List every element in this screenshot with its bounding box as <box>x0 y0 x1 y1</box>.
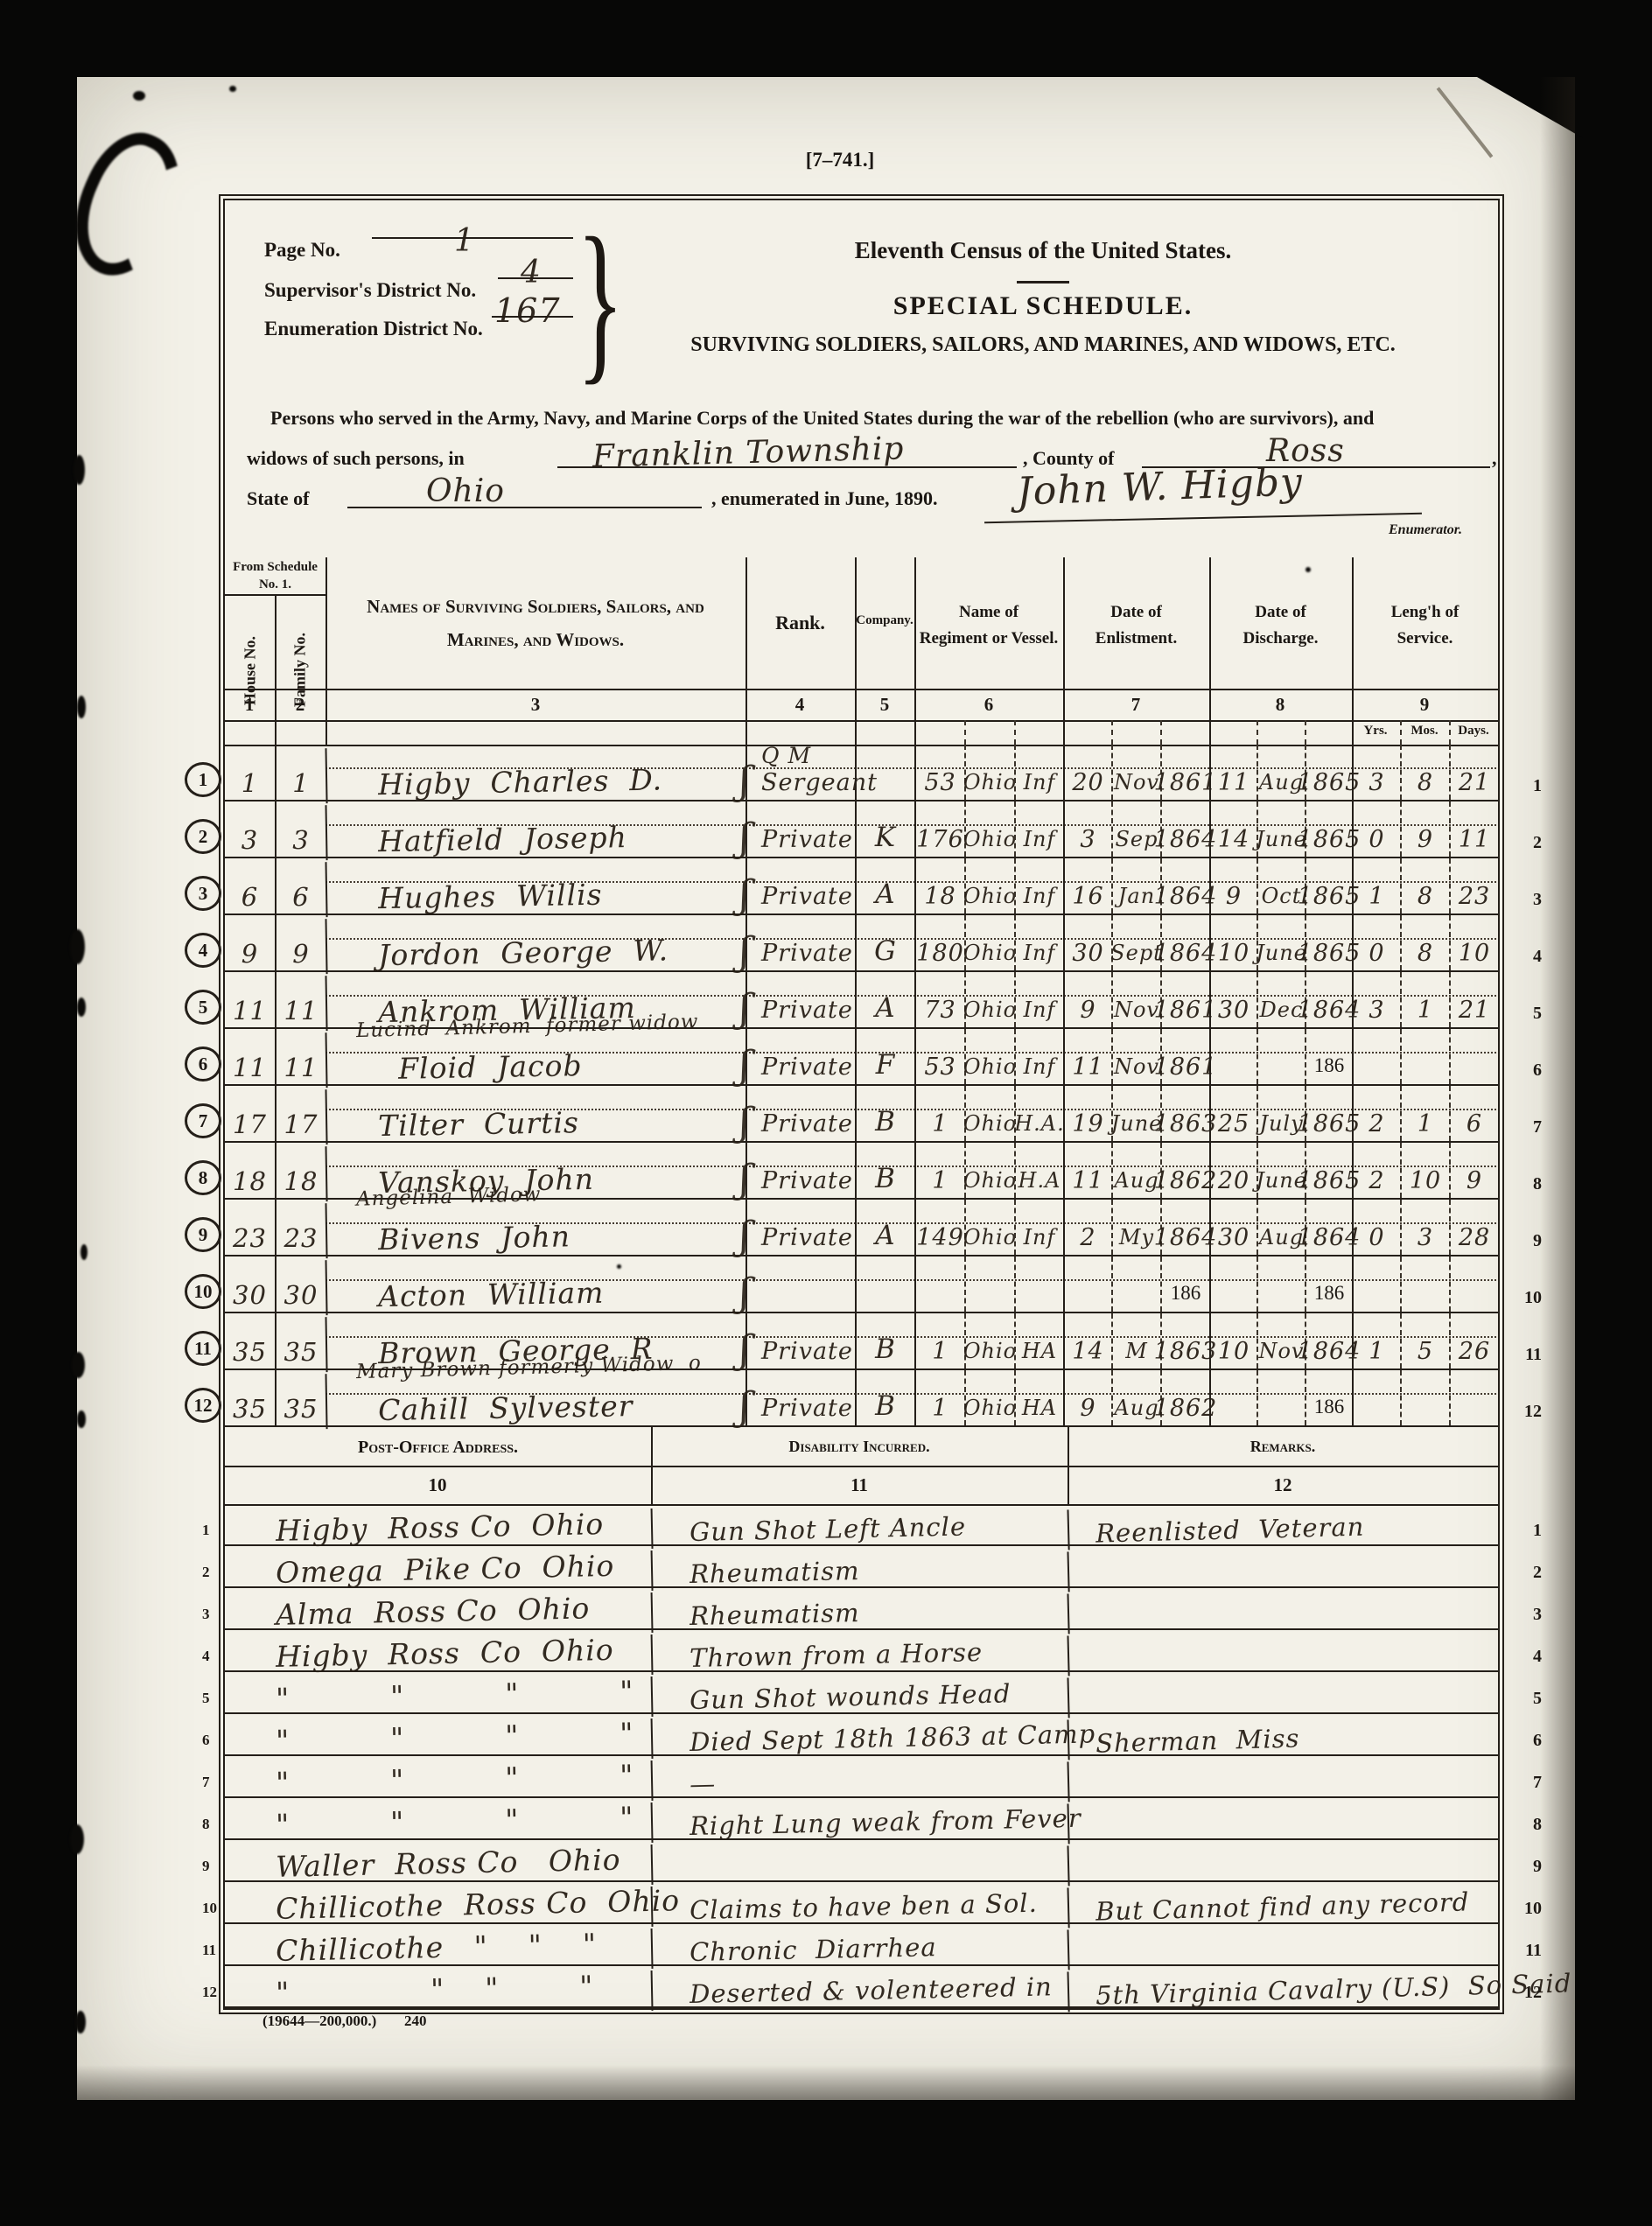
value-reg_no: 1 <box>932 1338 948 1365</box>
value-enl_year: 1863 <box>1154 1110 1218 1137</box>
state-line <box>347 507 702 508</box>
cell-enl_day: 3 <box>1063 801 1111 857</box>
address-row: " " " "Died Sept 18th 1863 at CampSherma… <box>225 1714 1498 1756</box>
cell-days: 9 <box>1449 1143 1498 1198</box>
cell-reg_type: H.A <box>1014 1143 1063 1198</box>
edge-mark <box>70 929 85 964</box>
value-rank: Private <box>761 1224 853 1251</box>
value-reg_type: Inf <box>1024 827 1056 851</box>
value-yrs: 0 <box>1368 826 1384 853</box>
row-number-circled: 3 <box>185 876 221 911</box>
value-mos: 8 <box>1417 940 1433 967</box>
cell-rank: Private <box>745 1086 855 1141</box>
cell-enl_month: Aug <box>1111 1143 1160 1198</box>
cell-house: 30 <box>225 1256 275 1312</box>
cell-reg_type: Inf <box>1014 801 1063 857</box>
value-house: 35 <box>233 1394 267 1424</box>
cell-reg_type: Inf <box>1014 1029 1063 1084</box>
numbers-rule <box>225 720 1498 722</box>
value-reg_state: Ohio <box>963 1225 1017 1249</box>
supervisor-label: Supervisor's District No. <box>264 279 476 302</box>
value-enl_month: Aug <box>1114 1168 1158 1193</box>
enumeration-label: Enumeration District No. <box>264 318 483 340</box>
cell-enl_year: 1861 <box>1160 745 1209 800</box>
row-number-margin: 11 <box>1525 1345 1542 1365</box>
col-discharge-label: Date of Discharge. <box>1209 599 1352 653</box>
col-names-label: Names of Surviving Soldiers, Sailors, an… <box>325 591 745 657</box>
value-mos: 5 <box>1417 1338 1433 1365</box>
cell-dis_year: 1865 <box>1305 801 1352 857</box>
cell-dis: Gun Shot Left Ancle <box>651 1500 1068 1549</box>
value-mos: 3 <box>1417 1224 1433 1251</box>
cell-dis: — <box>651 1752 1068 1801</box>
edge-mark <box>73 455 85 485</box>
cell-enl_day: 9 <box>1063 1370 1111 1425</box>
col-discharge-line2: Discharge. <box>1209 626 1352 652</box>
value-po: Alma Ross Co Ohio <box>276 1591 591 1632</box>
value-reg_type: Inf <box>1024 941 1056 965</box>
value-house: 35 <box>233 1337 267 1367</box>
value-enl_day: 16 <box>1072 883 1103 910</box>
soldier-row: 33Hatfield JosephPrivateK176OhioInf3Sep1… <box>225 801 1498 858</box>
cell-yrs: 1 <box>1352 1313 1400 1368</box>
col-dis-label: Disability Incurred. <box>651 1438 1067 1456</box>
cell-enl_year: 1864 <box>1160 858 1209 913</box>
value-dis: Rheumatism <box>689 1598 860 1631</box>
cell-reg_no <box>914 1256 964 1312</box>
value-enl_month: Nov <box>1114 1054 1159 1079</box>
cell-reg_state: Ohio <box>964 801 1014 857</box>
cell-rank: Private <box>745 915 855 970</box>
value-enl_year: 1864 <box>1154 940 1218 967</box>
row-number-left: 1 <box>202 1522 210 1539</box>
value-company: B <box>875 1163 896 1194</box>
col-enlistment-line1: Date of <box>1063 599 1209 626</box>
cell-company: F <box>855 1029 914 1084</box>
header-vline <box>855 557 857 745</box>
cell-enl_year: 1864 <box>1160 1200 1209 1255</box>
cell-dis_year: 1865 <box>1305 915 1352 970</box>
soldier-row: 2323Bivens JohnPrivateA149OhioInf2My1864… <box>225 1200 1498 1256</box>
pen-flourish: ʃ <box>739 1214 750 1258</box>
value-days: 26 <box>1459 1338 1490 1365</box>
row-number-circled: 8 <box>185 1160 221 1195</box>
cell-reg_state: Ohio <box>964 915 1014 970</box>
value-dis_day: 25 <box>1218 1110 1249 1137</box>
soldier-row: 1111 Floid JacobPrivateF53OhioInf11Nov18… <box>225 1029 1498 1086</box>
cell-reg_state: Ohio <box>964 745 1014 800</box>
cell-mos: 3 <box>1400 1200 1449 1255</box>
value-reg_no: 1 <box>932 1395 948 1422</box>
row-number-margin: 9 <box>1533 1231 1542 1251</box>
cell-reg_state: Ohio <box>964 858 1014 913</box>
cell-enl_day: 16 <box>1063 858 1111 913</box>
col-number-12: 12 <box>1274 1474 1292 1496</box>
cell-yrs: 2 <box>1352 1143 1400 1198</box>
col-company-label: Company. <box>855 613 914 628</box>
cell-family: 23 <box>275 1200 325 1255</box>
address-row: " " " "Deserted & volenteered in5th Virg… <box>225 1966 1498 2008</box>
cell-yrs: 3 <box>1352 745 1400 800</box>
cell-dis_day: 30 <box>1209 972 1256 1027</box>
row-number-circled: 1 <box>185 762 221 797</box>
row-number-margin: 5 <box>1533 1689 1542 1709</box>
brace: } <box>577 211 624 390</box>
col-names-line1: Names of Surviving Soldiers, Sailors, an… <box>325 591 745 624</box>
row-number-left: 7 <box>202 1774 210 1791</box>
cell-family: 35 <box>275 1370 325 1425</box>
cell-days: 28 <box>1449 1200 1498 1255</box>
edge-mark <box>77 1410 86 1428</box>
cell-dis: Rheumatism <box>651 1542 1068 1591</box>
header-vdash <box>1305 720 1306 745</box>
col-number-1: 1 <box>245 694 255 716</box>
bottom-table-rows: Higby Ross Co OhioGun Shot Left AncleRee… <box>225 1504 1498 2008</box>
value-po: Higby Ross Co Ohio <box>276 1633 614 1674</box>
cell-family: 11 <box>275 1029 325 1084</box>
cell-dis_day: 14 <box>1209 801 1256 857</box>
cell-days: 26 <box>1449 1313 1498 1368</box>
value-days: 10 <box>1459 940 1490 967</box>
cell-mos: 1 <box>1400 1086 1449 1141</box>
cell-family: 1 <box>275 745 325 800</box>
cell-family: 18 <box>275 1143 325 1198</box>
value-name: Higby Charles D. <box>378 762 663 801</box>
value-enl_day: 30 <box>1072 940 1103 967</box>
cell-family: 17 <box>275 1086 325 1141</box>
cell-po: " " " " <box>225 1752 652 1801</box>
rank-top-note: Q M <box>761 743 811 768</box>
enumerated-label: , enumerated in June, 1890. <box>711 487 938 510</box>
cell-house: 35 <box>225 1313 275 1368</box>
col-regiment-label: Name of Regiment or Vessel. <box>914 599 1063 653</box>
cell-dis: Chronic Diarrhea <box>651 1920 1068 1969</box>
value-name: Acton William <box>378 1276 605 1314</box>
value-reg_no: 1 <box>932 1110 948 1137</box>
value-reg_type: Inf <box>1024 1054 1056 1079</box>
row-number-left: 10 <box>202 1900 217 1917</box>
cell-reg_type: HA <box>1014 1370 1063 1425</box>
col-number-2: 2 <box>296 694 305 716</box>
value-family: 6 <box>292 882 309 912</box>
col-service-line2: Service. <box>1352 626 1498 652</box>
pen-flourish: ʃ <box>739 872 750 917</box>
header-vline <box>1352 557 1354 745</box>
value-reg_type: Inf <box>1024 1225 1056 1249</box>
header-vdash <box>1111 720 1113 745</box>
value-company: B <box>875 1333 896 1365</box>
row-number-margin: 5 <box>1533 1004 1542 1024</box>
cell-reg_state: Ohio <box>964 1200 1014 1255</box>
col-service-label: Leng'h of Service. <box>1352 599 1498 653</box>
cell-dis_year: 1865 <box>1305 858 1352 913</box>
row-number-circled: 4 <box>185 933 221 968</box>
header-vline <box>745 557 747 745</box>
row-number-margin: 1 <box>1533 1521 1542 1541</box>
cell-dis <box>651 1836 1068 1885</box>
header-vdash <box>1014 720 1016 745</box>
cell-po: " " " " <box>225 1668 652 1717</box>
value-enl_year: 1862 <box>1154 1395 1218 1422</box>
value-dis: — <box>689 1768 717 1799</box>
cell-dis_month <box>1256 1256 1305 1312</box>
cell-reg_no: 176 <box>914 801 964 857</box>
cell-dis: Claims to have ben a Sol. <box>651 1878 1068 1927</box>
value-enl_year: 1863 <box>1154 1338 1218 1365</box>
row-number-margin: 8 <box>1533 1815 1542 1835</box>
cell-days: 21 <box>1449 972 1498 1027</box>
value-rank: Private <box>761 826 853 853</box>
row-number-margin: 11 <box>1525 1941 1542 1961</box>
value-yrs: 1 <box>1368 883 1384 910</box>
value-reg_type: HA <box>1022 1396 1057 1420</box>
value-rank: Private <box>761 1053 853 1081</box>
value-po: " " " " <box>276 1674 634 1716</box>
cell-mos: 1 <box>1400 972 1449 1027</box>
col-po-label: Post-Office Address. <box>225 1438 651 1458</box>
row-number-margin: 3 <box>1533 890 1542 910</box>
value-family: 35 <box>284 1394 318 1424</box>
value-family: 9 <box>292 939 309 969</box>
value-enl_month: Nov <box>1114 770 1159 794</box>
census-title: Eleventh Census of the United States. <box>737 237 1349 264</box>
value-enl_day: 3 <box>1080 826 1095 853</box>
value-dis_day: 20 <box>1218 1167 1249 1194</box>
title-divider <box>1017 281 1069 283</box>
cell-yrs: 0 <box>1352 915 1400 970</box>
value-enl_month: Sep <box>1115 827 1158 851</box>
cell-yrs: 0 <box>1352 801 1400 857</box>
cell-dis_day <box>1209 1370 1256 1425</box>
cell-days: 23 <box>1449 858 1498 913</box>
value-family: 35 <box>284 1337 318 1367</box>
col-regiment-line1: Name of <box>914 599 1063 626</box>
cell-company: A <box>855 1200 914 1255</box>
value-days: 11 <box>1459 826 1490 853</box>
row-number-circled: 5 <box>185 990 221 1025</box>
bottom-header-rule <box>225 1466 1498 1467</box>
cell-dis_year: 1864 <box>1305 1313 1352 1368</box>
address-row: Chillicothe Ross Co OhioClaims to have b… <box>225 1882 1498 1924</box>
cell-mos: 5 <box>1400 1313 1449 1368</box>
cell-mos: 8 <box>1400 745 1449 800</box>
value-enl_year: 1862 <box>1154 1167 1218 1194</box>
supervisor-value: 4 <box>521 255 542 290</box>
township-value: Franklin Township <box>592 430 905 474</box>
cell-reg_type: Inf <box>1014 1200 1063 1255</box>
value-mos: 8 <box>1417 883 1433 910</box>
value-reg_state: Ohio <box>963 997 1017 1022</box>
value-company: K <box>875 822 896 853</box>
row-number-margin: 7 <box>1533 1773 1542 1793</box>
value-reg_type: Inf <box>1024 997 1056 1022</box>
intro-line1: Persons who served in the Army, Navy, an… <box>270 407 1491 430</box>
cell-dis_day: 9 <box>1209 858 1256 913</box>
cell-reg_state <box>964 1256 1014 1312</box>
cell-company: K <box>855 801 914 857</box>
value-po: " " " " <box>276 1758 634 1800</box>
schedule-subtitle: SURVIVING SOLDIERS, SAILORS, AND MARINES… <box>671 333 1415 357</box>
state-value: Ohio <box>426 473 505 509</box>
cell-dis: Rheumatism <box>651 1584 1068 1633</box>
cell-company: A <box>855 858 914 913</box>
col-enlistment-label: Date of Enlistment. <box>1063 599 1209 653</box>
row-number-circled: 2 <box>185 819 221 854</box>
edge-mark <box>75 2011 86 2033</box>
value-reg_state: Ohio <box>963 1168 1017 1193</box>
row-number-margin: 10 <box>1524 1288 1542 1308</box>
row-number-margin: 2 <box>1533 833 1542 853</box>
cell-reg_type: Inf <box>1014 915 1063 970</box>
cell-dis: Right Lung weak from Fever <box>651 1794 1068 1843</box>
cell-company: G <box>855 915 914 970</box>
row-number-margin: 2 <box>1533 1563 1542 1583</box>
header-vline <box>914 557 916 745</box>
value-po: Higby Ross Co Ohio <box>276 1507 605 1548</box>
cell-enl_day: 9 <box>1063 972 1111 1027</box>
row-number-margin: 12 <box>1524 1983 1542 2003</box>
enumerator-label: Enumerator. <box>1389 522 1462 538</box>
cell-reg_type <box>1014 1256 1063 1312</box>
value-family: 3 <box>292 825 309 855</box>
value-rank: Private <box>761 1338 853 1365</box>
cell-reg_no: 73 <box>914 972 964 1027</box>
value-name: Tilter Curtis <box>378 1105 579 1143</box>
soldier-row: 3030Acton William186186ʃ1010 <box>225 1256 1498 1313</box>
row-number-circled: 6 <box>185 1046 221 1081</box>
cell-name: Higby Charles D. <box>325 741 745 803</box>
value-reg_state: Ohio <box>963 1054 1017 1079</box>
cell-dis: Gun Shot wounds Head <box>651 1668 1068 1717</box>
address-row: Chillicothe " " "Chronic Diarrhea1111 <box>225 1924 1498 1966</box>
header-vdash <box>964 720 966 745</box>
value-family: 1 <box>292 768 309 798</box>
value-name: Hughes Willis <box>378 878 603 915</box>
value-dis_day: 10 <box>1218 940 1249 967</box>
cell-days: 6 <box>1449 1086 1498 1141</box>
ink-speck <box>229 86 236 92</box>
value-enl_month: Nov <box>1114 997 1159 1022</box>
value-enl_day: 19 <box>1072 1110 1103 1137</box>
cell-enl_day: 11 <box>1063 1143 1111 1198</box>
row-number-left: 11 <box>202 1942 216 1959</box>
value-days: 9 <box>1466 1167 1482 1194</box>
col-number-6: 6 <box>984 694 994 716</box>
row-number-margin: 7 <box>1533 1117 1542 1137</box>
cell-dis_day <box>1209 1256 1256 1312</box>
cell-enl_year: 1862 <box>1160 1370 1209 1425</box>
value-po: " " " " <box>276 1969 594 2010</box>
edge-mark <box>72 1352 85 1378</box>
cell-reg_state: Ohio <box>964 1029 1014 1084</box>
value-enl_year: 1861 <box>1154 769 1218 796</box>
value-enl_day: 9 <box>1080 997 1095 1024</box>
value-po: " " " " <box>276 1716 634 1758</box>
value-company: B <box>875 1390 896 1422</box>
edge-shadow-right <box>1540 77 1575 2100</box>
cell-family: 6 <box>275 858 325 913</box>
cell-house: 17 <box>225 1086 275 1141</box>
value-enl_year: 1864 <box>1154 883 1218 910</box>
value-yrs: 2 <box>1368 1110 1384 1137</box>
cell-reg_no: 1 <box>914 1370 964 1425</box>
value-family: 18 <box>284 1166 318 1196</box>
main-table-rows: 11Higby Charles D.Sergeant53OhioInf20Nov… <box>225 745 1498 1427</box>
cell-company <box>855 1256 914 1312</box>
value-family: 17 <box>284 1109 318 1139</box>
edge-mark <box>70 1824 84 1854</box>
service-sub-days: Days. <box>1458 724 1488 738</box>
col-rem-label: Remarks. <box>1067 1438 1498 1456</box>
row-number-circled: 11 <box>185 1331 221 1366</box>
cell-dis_day: 11 <box>1209 745 1256 800</box>
cell-po: " " " " <box>225 1710 652 1759</box>
header-vdash <box>1256 720 1258 745</box>
cell-po: Alma Ross Co Ohio <box>225 1584 652 1633</box>
col-number-11: 11 <box>850 1474 868 1496</box>
value-dis: Deserted & volenteered in <box>689 1971 1053 2009</box>
cell-enl_year: 1862 <box>1160 1143 1209 1198</box>
col-service-line1: Leng'h of <box>1352 599 1498 626</box>
cell-name: Tilter Curtis <box>325 1082 745 1144</box>
address-row: " " " "Gun Shot wounds Head55 <box>225 1672 1498 1714</box>
cell-enl_month: Jan <box>1111 858 1160 913</box>
col-regiment-line2: Regiment or Vessel. <box>914 626 1063 652</box>
value-reg_type: H.A <box>1018 1168 1061 1193</box>
row-number-left: 3 <box>202 1606 210 1623</box>
cell-company: B <box>855 1313 914 1368</box>
cell-days <box>1449 1256 1498 1312</box>
value-dis_year: 186 <box>1314 1054 1345 1077</box>
cell-house: 11 <box>225 972 275 1027</box>
cell-house: 9 <box>225 915 275 970</box>
cell-enl_year: 1861 <box>1160 972 1209 1027</box>
cell-enl_month: June <box>1111 1086 1160 1141</box>
cell-dis_month <box>1256 1029 1305 1084</box>
cell-po: Omega Pike Co Ohio <box>225 1542 652 1591</box>
value-company: B <box>875 1106 896 1137</box>
ink-speck <box>133 91 145 101</box>
value-enl_day: 11 <box>1072 1167 1103 1194</box>
cell-mos <box>1400 1370 1449 1425</box>
cell-dis_day: 30 <box>1209 1200 1256 1255</box>
value-house: 3 <box>241 825 258 855</box>
value-reg_type: Inf <box>1024 884 1056 908</box>
intro-line2-comma: , <box>1492 447 1497 470</box>
cell-dis_year: 1865 <box>1305 745 1352 800</box>
page-no-label: Page No. <box>264 239 340 262</box>
pen-flourish: ʃ <box>739 1100 750 1144</box>
footer-page-code: 240 <box>404 2012 427 2030</box>
col-discharge-line1: Date of <box>1209 599 1352 626</box>
row-number-margin: 4 <box>1533 1647 1542 1667</box>
service-sub-mos: Mos. <box>1410 724 1438 738</box>
value-family: 23 <box>284 1223 318 1253</box>
value-rank: Private <box>761 1167 853 1194</box>
col-names-line2: Marines, and Widows. <box>325 624 745 657</box>
value-dis: Gun Shot wounds Head <box>689 1678 1011 1715</box>
row-number-left: 6 <box>202 1732 210 1749</box>
col-number-9: 9 <box>1420 694 1430 716</box>
cell-rank: Private <box>745 972 855 1027</box>
cell-dis_day: 20 <box>1209 1143 1256 1198</box>
cell-reg_no: 53 <box>914 1029 964 1084</box>
cell-enl_day: 2 <box>1063 1200 1111 1255</box>
value-yrs: 3 <box>1368 997 1384 1024</box>
cell-days <box>1449 1029 1498 1084</box>
cell-po: Chillicothe Ross Co Ohio <box>225 1878 652 1927</box>
value-enl_day: 14 <box>1072 1338 1103 1365</box>
